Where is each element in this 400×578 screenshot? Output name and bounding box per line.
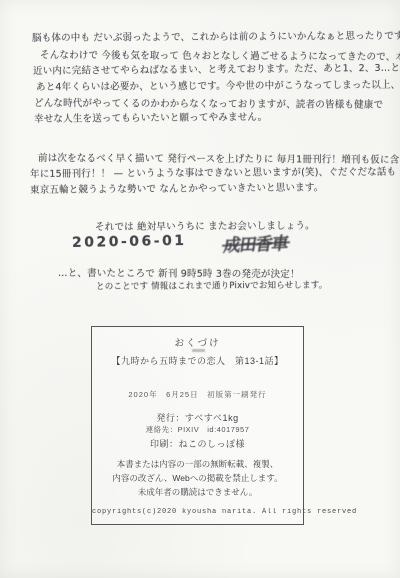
handwritten-line: 幸せな人生を送ってもらいたいと願ってやみません。 (34, 109, 267, 125)
handwritten-line: 近い内に完結させてやらねばなるまい、と考えております。ただ、あと1、2、3…と話… (33, 59, 400, 77)
postscript-line: …と、書いたところで 新刊 9時5時 3巻の発売が決定！ (58, 265, 300, 280)
illegible-small-text (192, 349, 205, 352)
postscript-line: とのことです 情報はこれまで通りPixivでお知らせします。 (96, 279, 328, 292)
copyright-line: copyrights(c)2020 kyousha narita. All ri… (92, 508, 303, 516)
scanned-afterword-page: 脳も体の中も だいぶ弱ったようで、これからは前のようにいかんなぁと思ったりです。… (0, 0, 400, 578)
handwritten-line: 年に15冊刊行！！ — というような事はできないと思いますが(笑)、ぐだぐだな話… (30, 164, 400, 180)
handwritten-line: 東京五輪と競うような勢いで なんとかやっていきたいと思います。 (30, 179, 324, 196)
publisher-line: 発行：すべすべ1kg (92, 411, 303, 424)
legal-notice-line: 内容の改ざん、Webへの掲載を禁止します。 (92, 472, 303, 484)
contact-line: 連絡先：PIXIV id:4017957 (92, 424, 303, 435)
colophon-box: おくづけ 【九時から五時までの恋人 第13-1話】 2020年 6月25日 初版… (91, 326, 304, 525)
handwritten-line: 脳も体の中も だいぶ弱ったようで、これからは前のようにいかんなぁと思ったりです。 (32, 28, 400, 44)
handwritten-date: 2020-06-01 (72, 233, 187, 251)
printer-line: 印刷：ねこのしっぽ様 (92, 437, 303, 450)
edition-date: 2020年 6月25日 初版第一刷発行 (92, 389, 303, 400)
colophon-heading: おくづけ (92, 335, 303, 349)
handwritten-line: どんな時代がやってくるのかわからなくなっておりますが、読者の皆様も健康で (34, 95, 383, 111)
legal-notice-line: 本書または内容の一部の無断転載、複製、 (92, 458, 303, 470)
handwritten-line: あと4年くらいは必要か、という感じです。今や世の中がこうなってしまった以上、これ… (36, 77, 400, 93)
legal-notice-line: 未成年者の購読はできません。 (92, 486, 303, 498)
book-title: 【九時から五時までの恋人 第13-1話】 (92, 354, 303, 367)
